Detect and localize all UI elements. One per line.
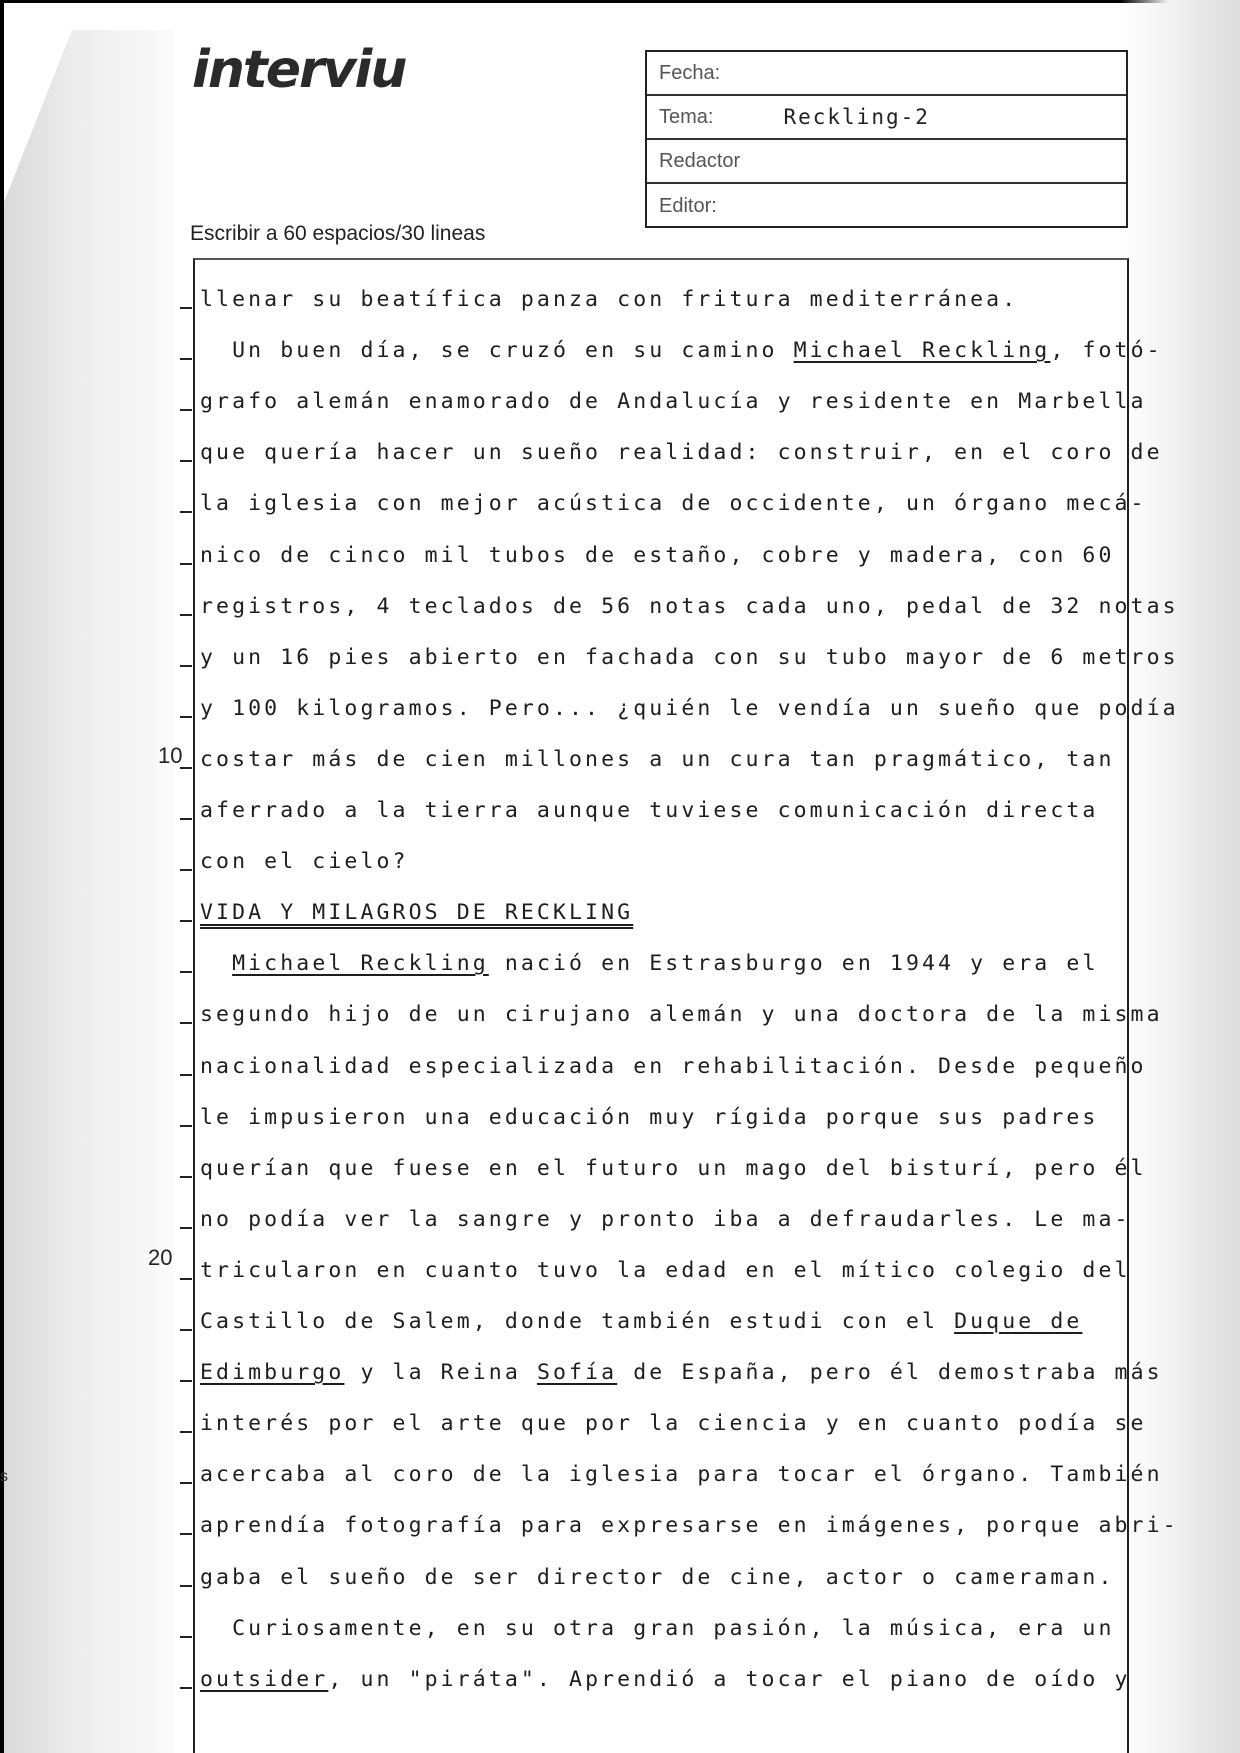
text-line: con el cielo?	[200, 847, 409, 877]
text-span: nico de cinco mil tubos de estaño, cobre…	[200, 543, 1115, 568]
text-line: nico de cinco mil tubos de estaño, cobre…	[200, 541, 1115, 571]
tema-label: Tema:	[659, 106, 713, 129]
text-span: de España, pero él demostraba más	[617, 1360, 1163, 1385]
text-span: con el cielo?	[200, 849, 409, 874]
text-line: la iglesia con mejor acústica de occiden…	[200, 489, 1147, 519]
text-line: aferrado a la tierra aunque tuviese comu…	[200, 796, 1098, 826]
text-span: registros, 4 teclados de 56 notas cada u…	[200, 594, 1179, 619]
line-tick	[180, 614, 192, 616]
writing-instructions: Escribir a 60 espacios/30 lineas	[190, 222, 485, 246]
text-span: llenar su beatífica panza con fritura me…	[200, 287, 1018, 312]
margin-mark: s	[0, 1468, 8, 1486]
text-line: segundo hijo de un cirujano alemán y una…	[200, 1000, 1163, 1030]
underlined-name: Michael Reckling	[794, 338, 1051, 363]
form-row-redactor: Redactor	[647, 140, 1126, 184]
scan-border-top	[0, 0, 1240, 3]
text-span: y un 16 pies abierto en fachada con su t…	[200, 645, 1179, 670]
line-tick	[180, 665, 192, 667]
line-tick	[180, 1125, 192, 1127]
text-line: gaba el sueño de ser director de cine, a…	[200, 1563, 1115, 1593]
underlined-name: Sofía	[537, 1360, 617, 1385]
tema-value: Reckling-2	[783, 105, 929, 129]
line-tick	[180, 716, 192, 718]
form-row-editor: Editor:	[647, 184, 1126, 228]
line-tick	[180, 307, 192, 309]
text-span: aferrado a la tierra aunque tuviese comu…	[200, 798, 1098, 823]
line-number-20: 20	[148, 1245, 172, 1271]
text-span: interés por el arte que por la ciencia y…	[200, 1411, 1147, 1436]
text-line: outsider, un "piráta". Aprendió a tocar …	[200, 1665, 1131, 1695]
text-span: aprendía fotografía para expresarse en i…	[200, 1513, 1179, 1538]
text-span: tricularon en cuanto tuvo la edad en el …	[200, 1258, 1131, 1283]
text-line: aprendía fotografía para expresarse en i…	[200, 1511, 1179, 1541]
text-line: que quería hacer un sueño realidad: cons…	[200, 438, 1163, 468]
text-line: costar más de cien millones a un cura ta…	[200, 745, 1115, 775]
text-span: , un "piráta". Aprendió a tocar el piano…	[328, 1667, 1130, 1692]
editor-label: Editor:	[659, 195, 717, 218]
text-line: interés por el arte que por la ciencia y…	[200, 1409, 1147, 1439]
text-span: Un buen día, se cruzó en su camino	[200, 338, 794, 363]
scan-border-left	[0, 0, 4, 1753]
line-tick	[180, 1585, 192, 1587]
line-tick	[180, 1482, 192, 1484]
line-number-10: 10	[158, 743, 182, 769]
scan-shadow	[4, 30, 174, 1753]
underlined-name: Edimburgo	[200, 1360, 344, 1385]
line-tick	[180, 1329, 192, 1331]
header-form: Fecha: Tema: Reckling-2 Redactor Editor:	[645, 50, 1128, 228]
text-span: acercaba al coro de la iglesia para toca…	[200, 1462, 1163, 1487]
text-line: Castillo de Salem, donde también estudi …	[200, 1307, 1082, 1337]
line-tick	[180, 511, 192, 513]
text-span: nació en Estrasburgo en 1944 y era el	[489, 951, 1099, 976]
text-line: acercaba al coro de la iglesia para toca…	[200, 1460, 1163, 1490]
line-tick	[180, 1533, 192, 1535]
text-line: VIDA Y MILAGROS DE RECKLING	[200, 898, 633, 928]
magazine-logo: interviu	[192, 40, 405, 100]
text-span: la iglesia con mejor acústica de occiden…	[200, 491, 1147, 516]
text-line: Michael Reckling nació en Estrasburgo en…	[200, 949, 1099, 979]
text-line: Edimburgo y la Reina Sofía de España, pe…	[200, 1358, 1163, 1388]
line-tick	[180, 358, 192, 360]
form-row-tema: Tema: Reckling-2	[647, 96, 1126, 140]
text-span: segundo hijo de un cirujano alemán y una…	[200, 1002, 1163, 1027]
text-line: no podía ver la sangre y pronto iba a de…	[200, 1205, 1131, 1235]
line-tick	[180, 1636, 192, 1638]
text-line: querían que fuese en el futuro un mago d…	[200, 1154, 1147, 1184]
text-line: grafo alemán enamorado de Andalucía y re…	[200, 387, 1147, 417]
text-span: querían que fuese en el futuro un mago d…	[200, 1156, 1147, 1181]
text-line: tricularon en cuanto tuvo la edad en el …	[200, 1256, 1131, 1286]
line-tick	[180, 1176, 192, 1178]
text-line: y 100 kilogramos. Pero... ¿quién le vend…	[200, 694, 1179, 724]
text-line: Un buen día, se cruzó en su camino Micha…	[200, 336, 1163, 366]
text-span: , fotó-	[1050, 338, 1162, 363]
text-span: no podía ver la sangre y pronto iba a de…	[200, 1207, 1131, 1232]
text-span: y 100 kilogramos. Pero... ¿quién le vend…	[200, 696, 1179, 721]
line-tick	[180, 818, 192, 820]
line-tick	[180, 1278, 192, 1280]
text-span: gaba el sueño de ser director de cine, a…	[200, 1565, 1115, 1590]
line-tick	[180, 1431, 192, 1433]
text-line: registros, 4 teclados de 56 notas cada u…	[200, 592, 1179, 622]
text-line: nacionalidad especializada en rehabilita…	[200, 1052, 1147, 1082]
line-tick	[180, 460, 192, 462]
line-tick	[180, 920, 192, 922]
text-span: le impusieron una educación muy rígida p…	[200, 1105, 1098, 1130]
line-tick	[180, 971, 192, 973]
underlined-name: Duque de	[954, 1309, 1082, 1334]
line-tick	[180, 1227, 192, 1229]
text-span: Castillo de Salem, donde también estudi …	[200, 1309, 954, 1334]
text-span: Curiosamente, en su otra gran pasión, la…	[200, 1616, 1115, 1641]
underlined-name: Michael Reckling	[232, 951, 489, 976]
text-span: grafo alemán enamorado de Andalucía y re…	[200, 389, 1147, 414]
line-tick	[180, 869, 192, 871]
text-span	[200, 951, 232, 976]
section-heading: VIDA Y MILAGROS DE RECKLING	[200, 900, 633, 925]
text-span: costar más de cien millones a un cura ta…	[200, 747, 1115, 772]
text-line: y un 16 pies abierto en fachada con su t…	[200, 643, 1179, 673]
text-span: y la Reina	[344, 1360, 537, 1385]
line-tick	[180, 1687, 192, 1689]
line-tick	[180, 1380, 192, 1382]
scan-shadow-right	[1120, 0, 1240, 1753]
text-line: le impusieron una educación muy rígida p…	[200, 1103, 1098, 1133]
text-span: que quería hacer un sueño realidad: cons…	[200, 440, 1163, 465]
line-tick	[180, 563, 192, 565]
line-tick	[180, 1022, 192, 1024]
text-line: llenar su beatífica panza con fritura me…	[200, 285, 1018, 315]
redactor-label: Redactor	[659, 150, 740, 173]
text-span: nacionalidad especializada en rehabilita…	[200, 1054, 1147, 1079]
text-line: Curiosamente, en su otra gran pasión, la…	[200, 1614, 1115, 1644]
form-row-fecha: Fecha:	[647, 52, 1126, 96]
underlined-word: outsider	[200, 1667, 328, 1692]
line-tick	[180, 1074, 192, 1076]
fecha-label: Fecha:	[659, 62, 720, 85]
line-tick	[180, 409, 192, 411]
